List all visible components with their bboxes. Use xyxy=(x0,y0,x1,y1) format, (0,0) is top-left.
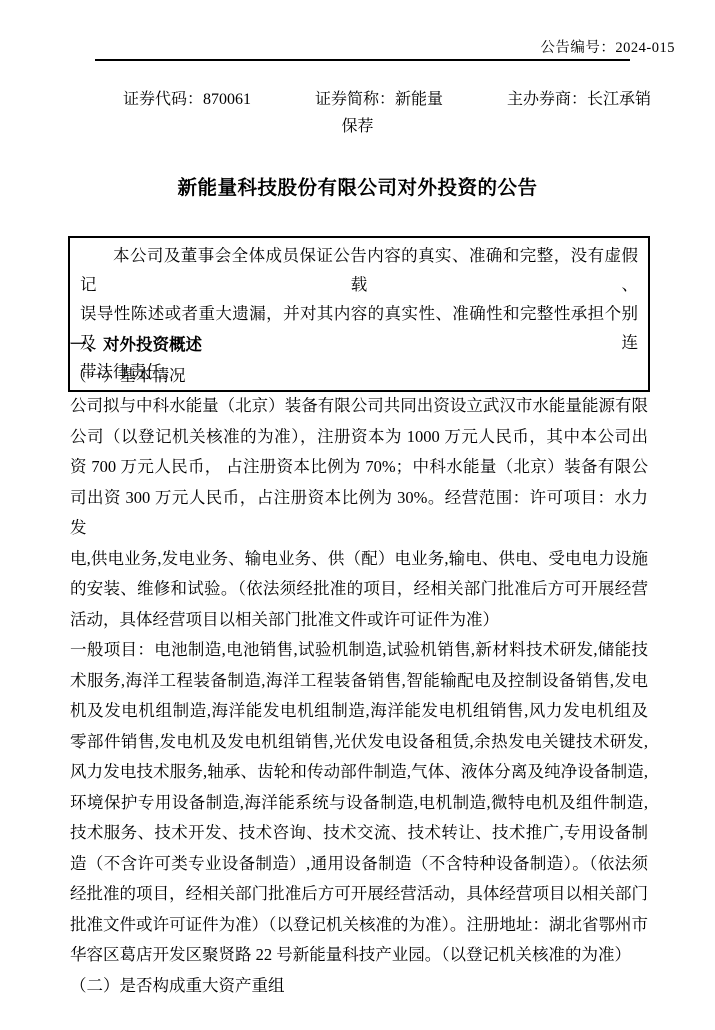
text-line: 术服务,海洋工程装备制造,海洋工程装备销售,智能输配电及控制设备销售,发电 xyxy=(70,666,648,697)
securities-code: 证券代码：870061 xyxy=(123,86,251,109)
sponsor-broker-wrapped-text: 保荐 xyxy=(0,113,715,136)
text-line: （二）是否构成重大资产重组 xyxy=(70,971,648,1002)
text-line: 技术服务、技术开发、技术咨询、技术交流、技术转让、技术推广,专用设备制 xyxy=(70,818,648,849)
header-rule xyxy=(95,59,630,61)
text-line: 司出资 300 万元人民币，占注册资本比例为 30%。经营范围：许可项目：水力发 xyxy=(70,483,648,544)
text-line: 经批准的项目，经相关部门批准后方可开展经营活动，具体经营项目以相关部门 xyxy=(70,879,648,910)
text-line: 机及发电机组制造,海洋能发电机组制造,海洋能发电机组销售,风力发电机组及 xyxy=(70,696,648,727)
text-line: 电,供电业务,发电业务、输电业务、供（配）电业务,输电、供电、受电电力设施 xyxy=(70,544,648,575)
sponsor-broker: 主办券商：长江承销 xyxy=(507,86,651,109)
text-line: 本公司及董事会全体成员保证公告内容的真实、准确和完整，没有虚假记载、 xyxy=(80,241,638,299)
text-line: 造（不含许可类专业设备制造）,通用设备制造（不含特种设备制造）。（依法须 xyxy=(70,849,648,880)
text-line: 批准文件或许可证件为准）（以登记机关核准的为准）。注册地址：湖北省鄂州市 xyxy=(70,910,648,941)
text-line: 零部件销售,发电机及发电机组销售,光伏发电设备租赁,余热发电关键技术研发, xyxy=(70,727,648,758)
notice-number: 公告编号：2024-015 xyxy=(540,36,675,57)
text-line: 公司（以登记机关核准的为准），注册资本为 1000 万元人民币，其中本公司出 xyxy=(70,422,648,453)
text-line: 一般项目：电池制造,电池销售,试验机制造,试验机销售,新材料技术研发,储能技 xyxy=(70,635,648,666)
body-content: 一、对外投资概述（一）基本情况公司拟与中科水能量（北京）装备有限公司共同出资设立… xyxy=(70,330,648,1001)
text-line: 资 700 万元人民币， 占注册资本比例为 70%；中科水能量（北京）装备有限公 xyxy=(70,452,648,483)
text-line: 风力发电技术服务,轴承、齿轮和传动部件制造,气体、液体分离及纯净设备制造, xyxy=(70,757,648,788)
text-line: （一）基本情况 xyxy=(70,361,648,392)
text-line: 华容区葛店开发区聚贤路 22 号新能量科技产业园。（以登记机关核准的为准） xyxy=(70,940,648,971)
text-line: 的安装、维修和试验。（依法须经批准的项目，经相关部门批准后方可开展经营 xyxy=(70,574,648,605)
text-line: 公司拟与中科水能量（北京）装备有限公司共同出资设立武汉市水能量能源有限 xyxy=(70,391,648,422)
text-line: 环境保护专用设备制造,海洋能系统与设备制造,电机制造,微特电机及组件制造, xyxy=(70,788,648,819)
announcement-page: 公告编号：2024-015 证券代码：870061 证券简称：新能量 主办券商：… xyxy=(0,0,715,1030)
securities-short-name: 证券简称：新能量 xyxy=(315,86,443,109)
text-line: 一、对外投资概述 xyxy=(70,330,648,361)
document-title: 新能量科技股份有限公司对外投资的公告 xyxy=(0,172,715,200)
text-line: 活动，具体经营项目以相关部门批准文件或许可证件为准） xyxy=(70,605,648,636)
securities-info-row: 证券代码：870061 证券简称：新能量 主办券商：长江承销 xyxy=(123,86,651,109)
